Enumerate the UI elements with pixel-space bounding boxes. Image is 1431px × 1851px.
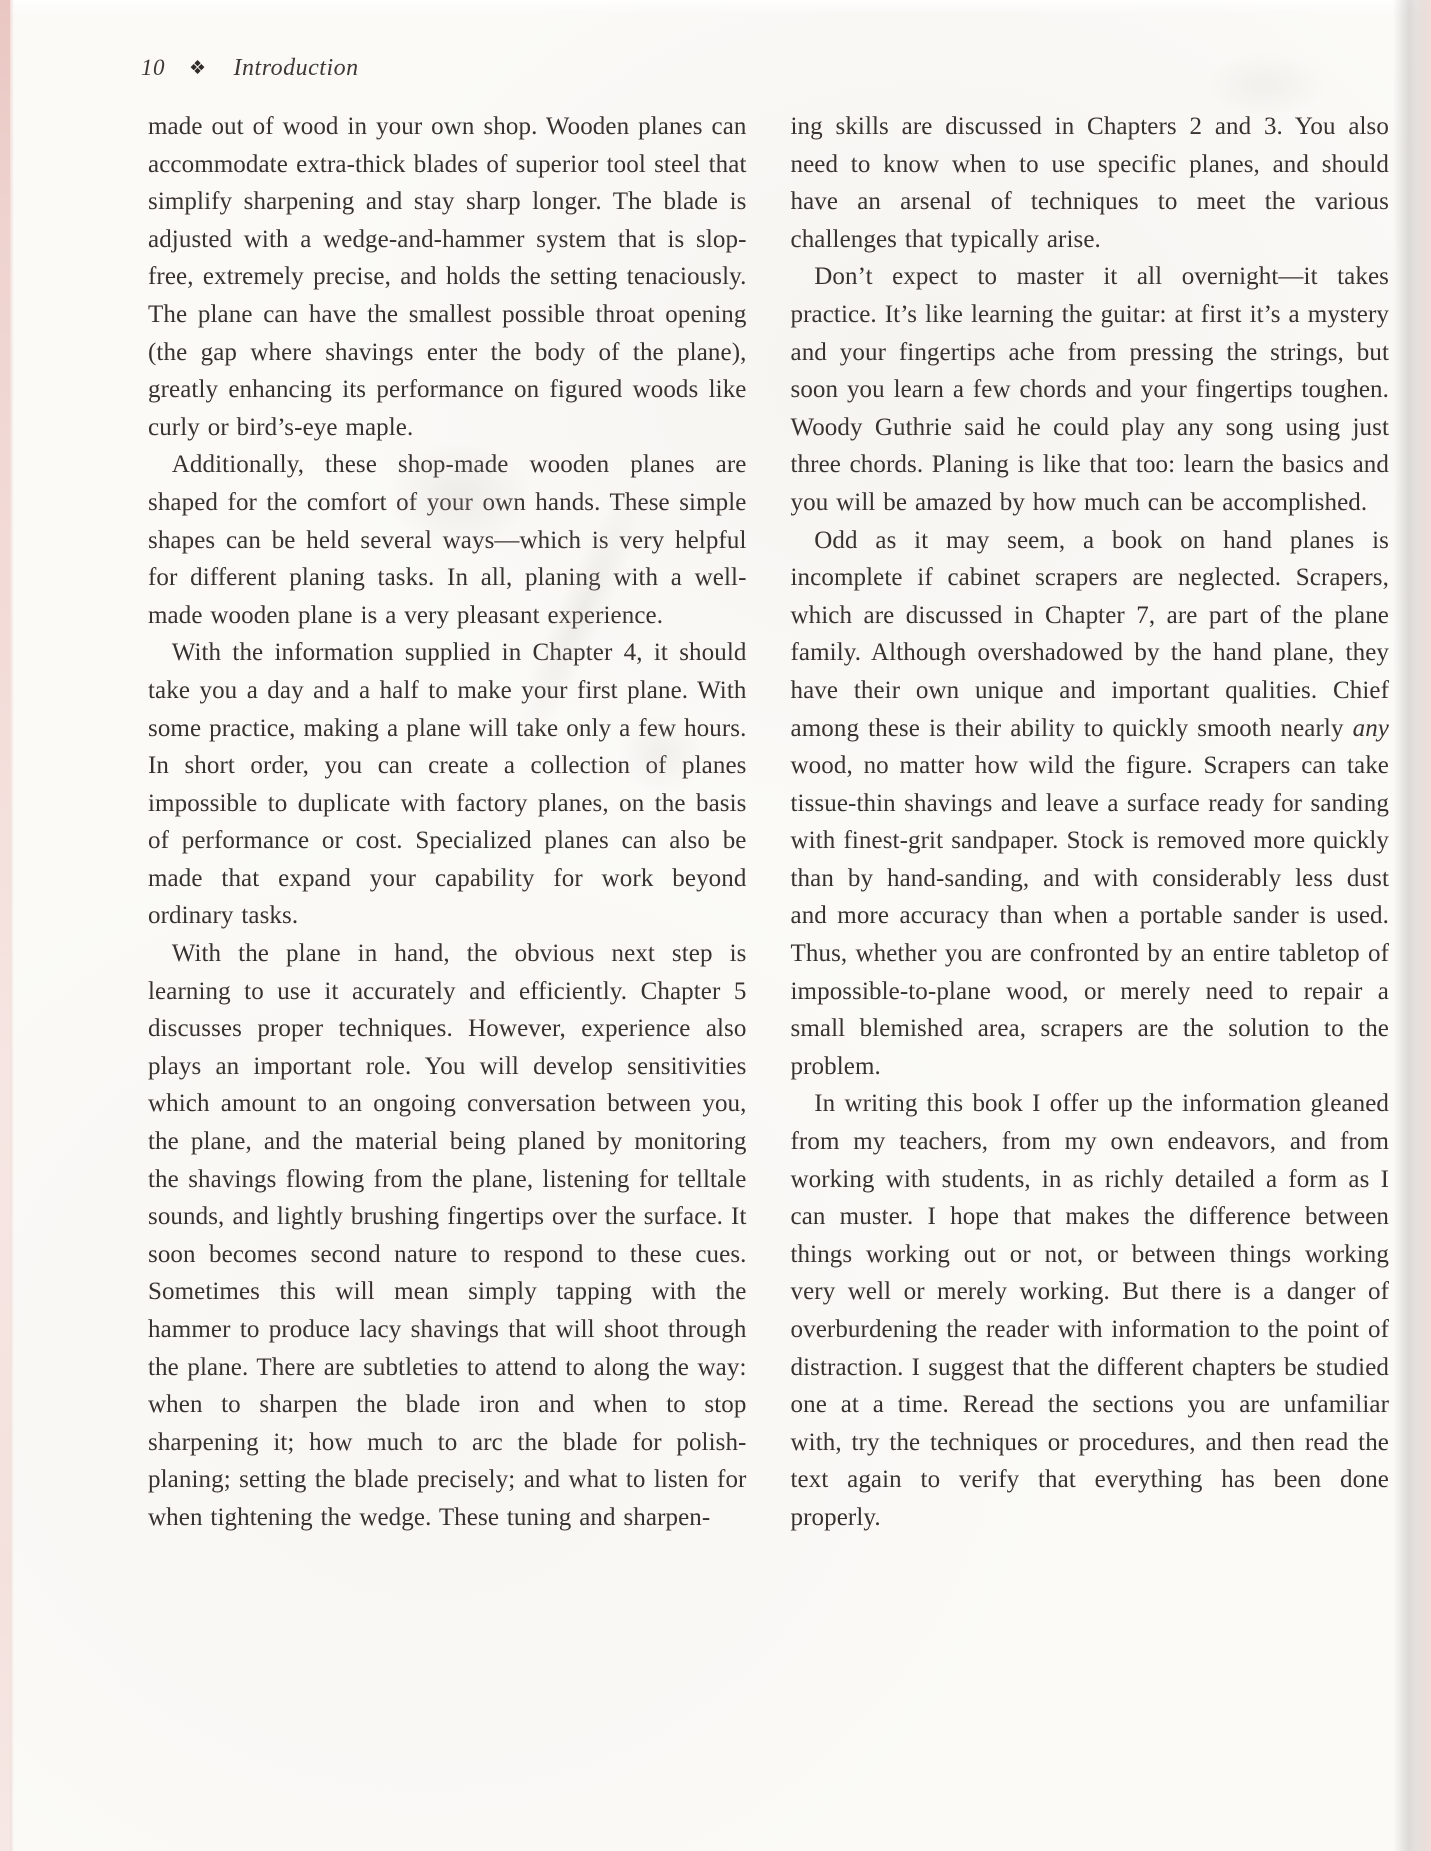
two-column-text-block: made out of wood in your own shop. Woode… — [0, 82, 1431, 1537]
paragraph: Don’t expect to master it all overnight—… — [791, 258, 1390, 521]
paragraph: With the information supplied in Chapter… — [148, 634, 747, 935]
scan-edge-left-pink-strip — [0, 0, 10, 1851]
paragraph: Odd as it may seem, a book on hand plane… — [791, 522, 1390, 1086]
page-header: 10 ❖ Introduction — [141, 55, 1431, 82]
scan-top-light-band — [0, 0, 1431, 14]
paragraph: In writing this book I offer up the info… — [791, 1085, 1390, 1536]
paragraph: made out of wood in your own shop. Woode… — [148, 108, 747, 446]
page-number: 10 — [141, 55, 165, 81]
scan-edge-right-shadow-strip — [1393, 0, 1431, 1851]
paragraph: ing skills are discussed in Chapters 2 a… — [791, 108, 1390, 258]
scanned-book-page: 10 ❖ Introduction made out of wood in yo… — [0, 0, 1431, 1851]
right-text-column: ing skills are discussed in Chapters 2 a… — [791, 108, 1390, 1537]
paragraph: With the plane in hand, the obvious next… — [148, 935, 747, 1537]
left-text-column: made out of wood in your own shop. Woode… — [148, 108, 747, 1537]
diamond-ornament-icon: ❖ — [189, 57, 207, 80]
section-title: Introduction — [234, 55, 359, 82]
paragraph: Additionally, these shop-made wooden pla… — [148, 446, 747, 634]
